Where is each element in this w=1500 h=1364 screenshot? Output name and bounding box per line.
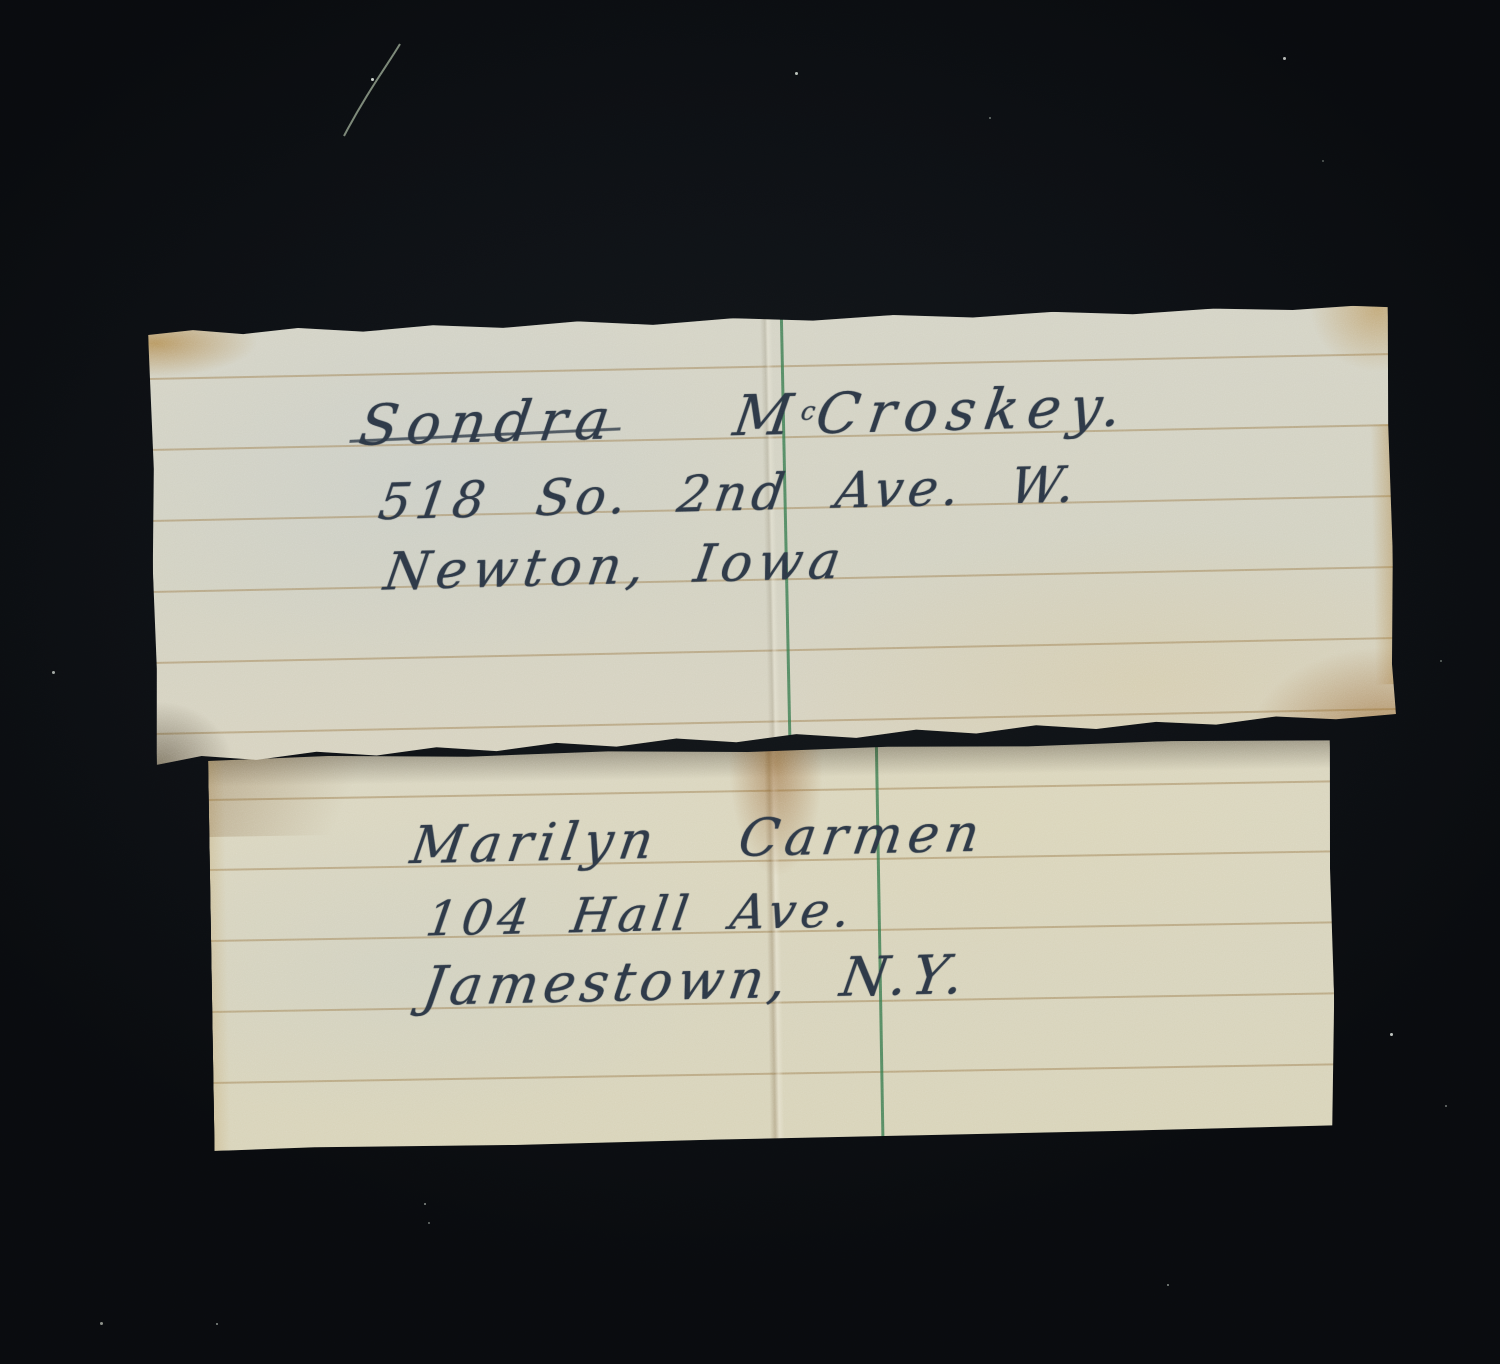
dust-speck <box>100 1322 103 1325</box>
dust-speck <box>52 671 55 674</box>
stain <box>146 327 257 377</box>
stain <box>208 757 231 1151</box>
dust-speck <box>1440 660 1442 662</box>
dust-speck <box>795 72 798 75</box>
top-note-paper: SondraMcCroskey. 518 So. 2nd Ave. W. New… <box>148 304 1397 769</box>
stain <box>1247 646 1399 749</box>
stain <box>1310 302 1391 374</box>
fold-crease <box>764 748 785 1142</box>
handwritten-address: 518 So. 2nd Ave. W. <box>375 459 1083 527</box>
dust-speck <box>1167 1284 1169 1286</box>
name-first: Sondra <box>355 387 623 459</box>
dust-speck <box>1283 57 1286 60</box>
handwritten-name: Marilyn Carmen <box>407 808 988 873</box>
fiber <box>328 36 418 146</box>
handwritten-name: SondraMcCroskey. <box>355 379 1134 455</box>
dust-speck <box>1390 1033 1393 1036</box>
photo-scene: SondraMcCroskey. 518 So. 2nd Ave. W. New… <box>0 0 1500 1364</box>
dust-speck <box>424 1203 426 1205</box>
stain <box>153 699 234 771</box>
handwritten-city: Newton, Iowa <box>381 535 850 599</box>
dust-speck <box>1322 160 1324 162</box>
bottom-note-paper: Marilyn Carmen 104 Hall Ave. Jamestown, … <box>208 738 1336 1151</box>
dust-speck <box>371 78 374 81</box>
stain <box>1370 424 1395 684</box>
handwritten-city: Jamestown, N.Y. <box>419 948 972 1014</box>
name-last: McCroskey. <box>729 374 1135 449</box>
dust-speck <box>428 1222 430 1224</box>
dust-speck <box>1445 1105 1447 1107</box>
dust-speck <box>989 117 991 119</box>
handwritten-address: 104 Hall Ave. <box>423 886 859 943</box>
dust-speck <box>216 1323 218 1325</box>
